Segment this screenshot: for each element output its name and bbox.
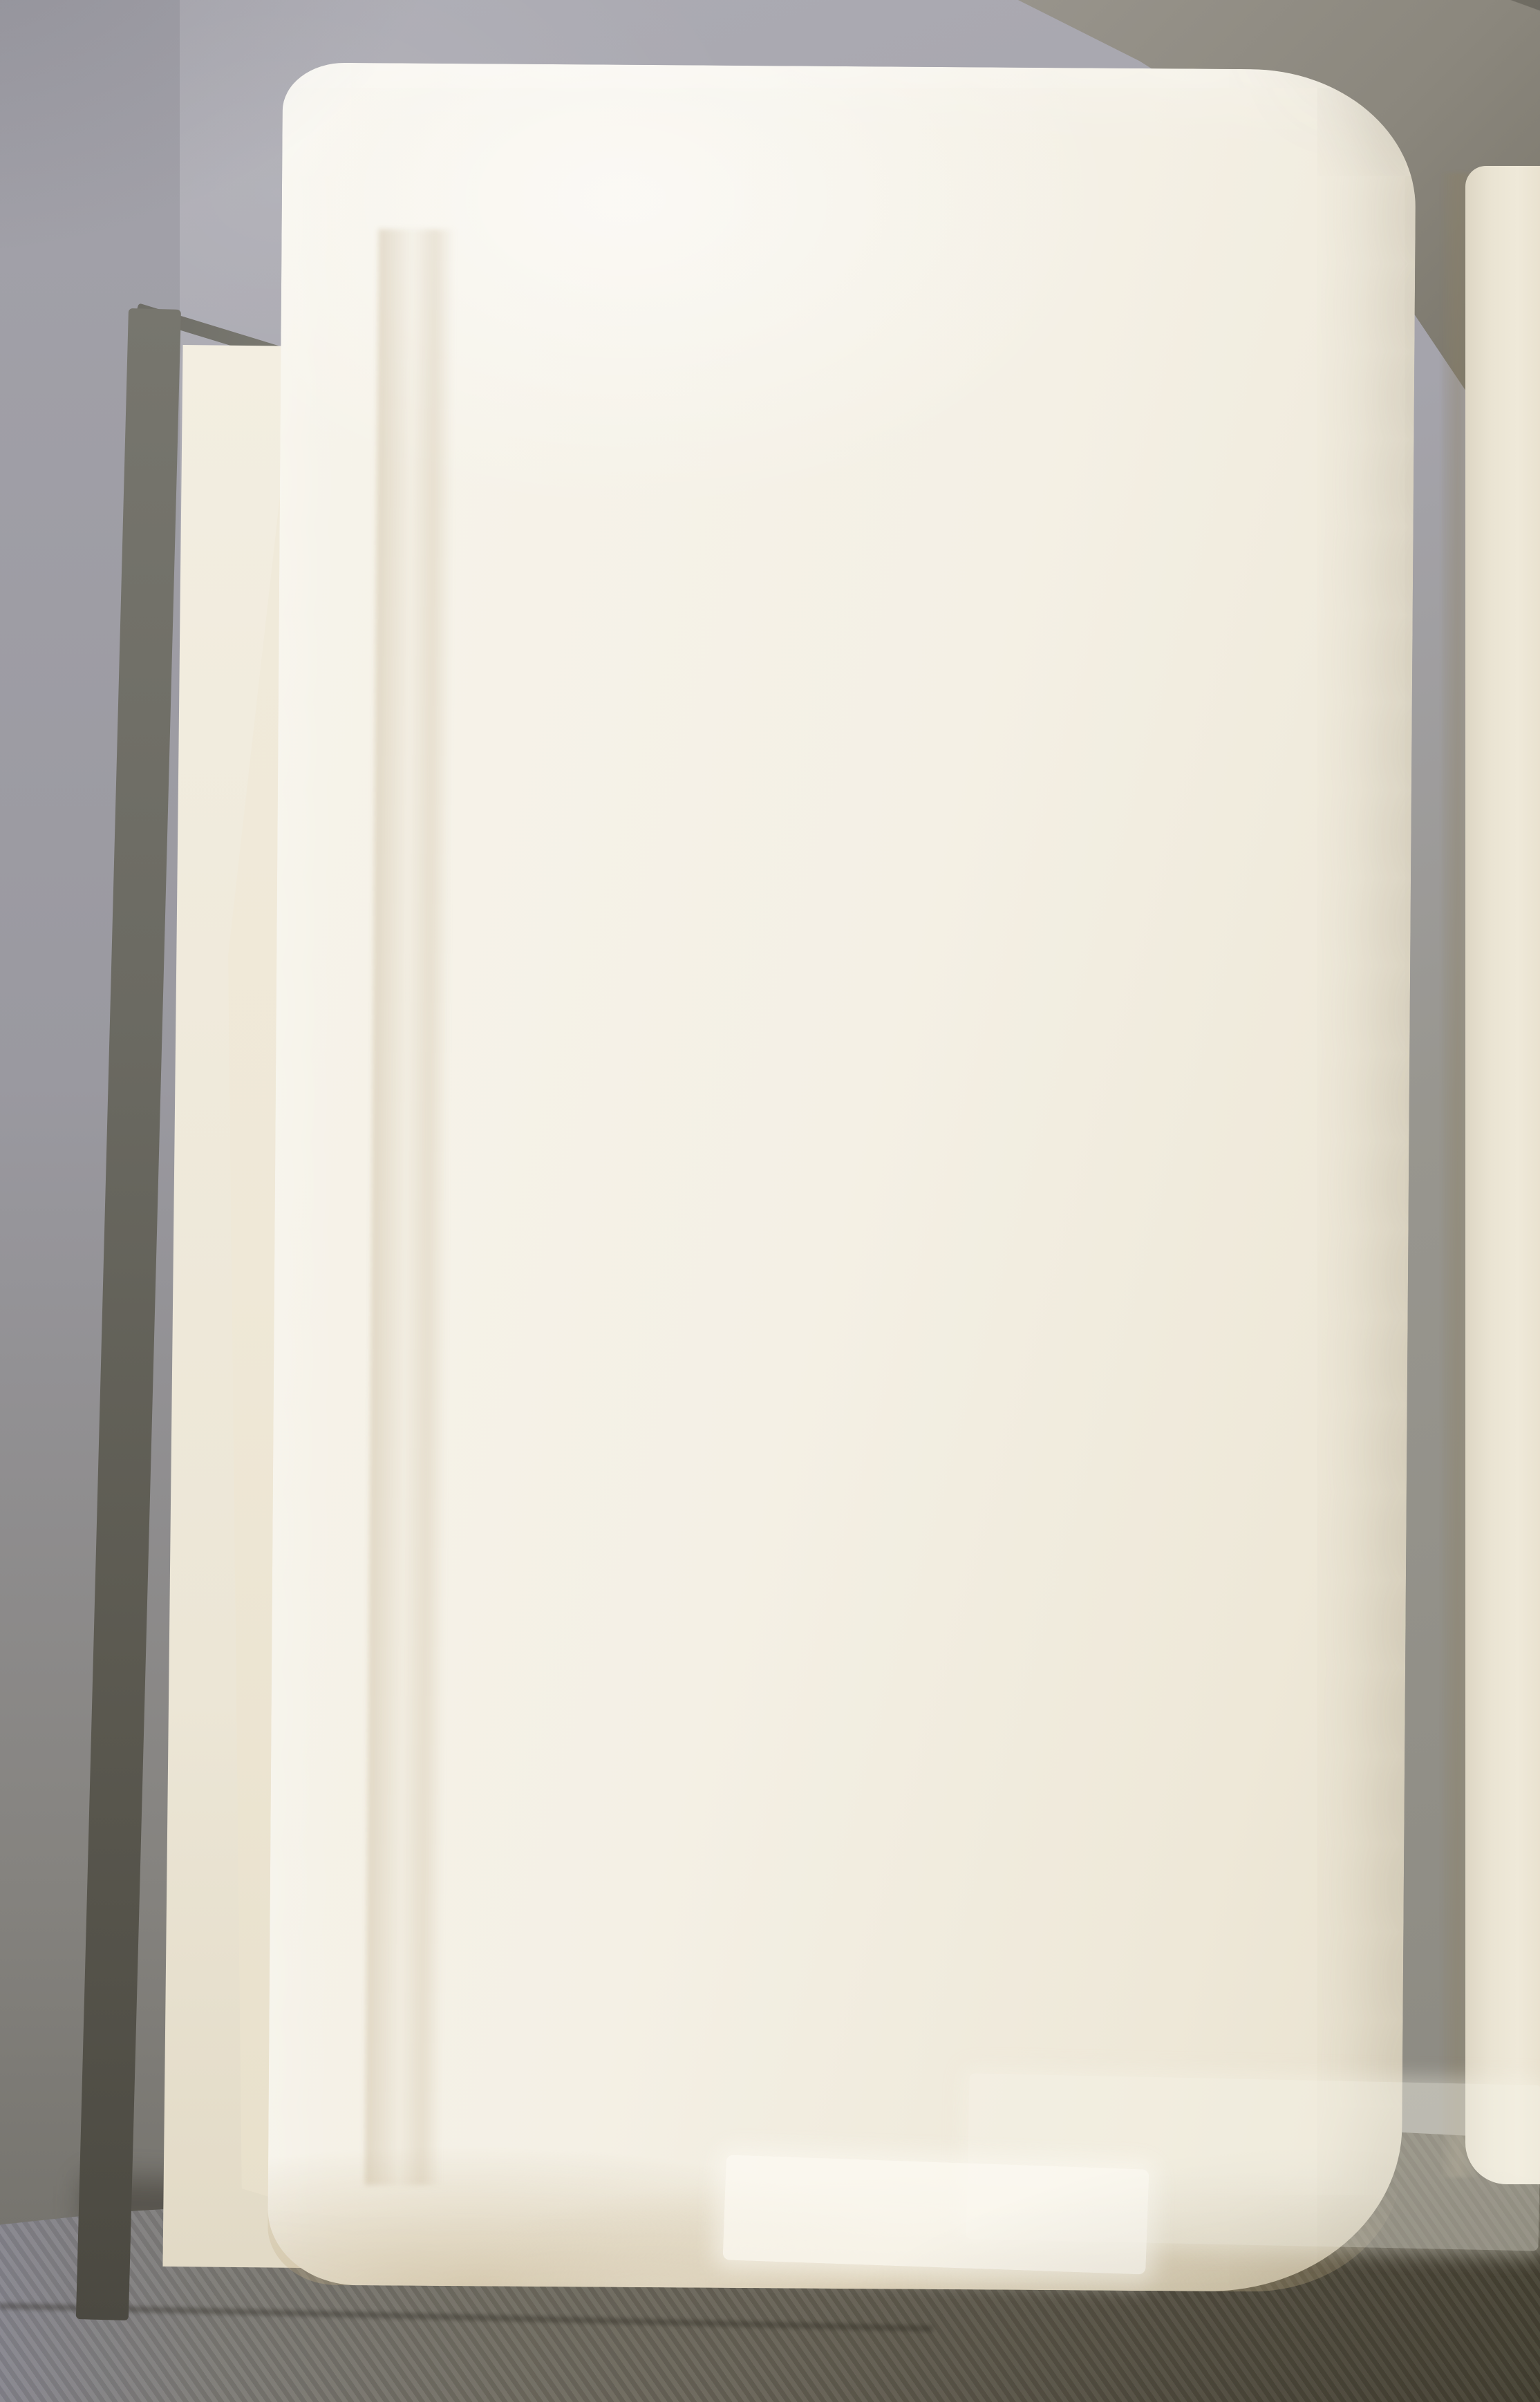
photo-of-open-book: { "header": { "page_number": "x", "title… [0,0,1540,2402]
printed-text-block [588,311,1410,1970]
page-header [585,311,1409,444]
tape-patch [723,2155,1149,2274]
page-left-stain [365,229,455,2186]
facing-page-edge [1465,166,1540,2184]
